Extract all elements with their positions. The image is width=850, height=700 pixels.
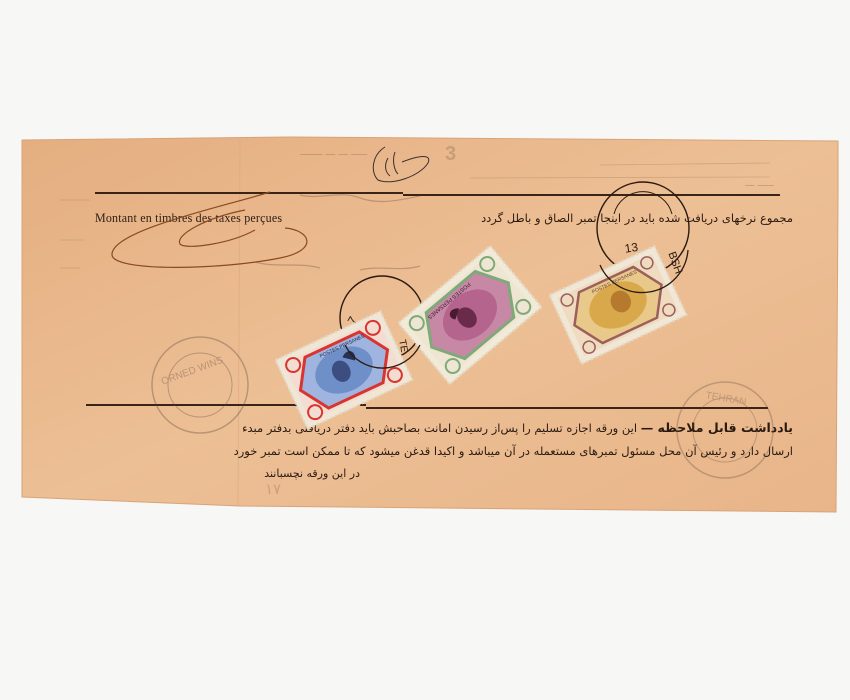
stamp-ochre-brown: POSTES PERSANES (549, 246, 686, 364)
svg-text:TEHRAN: TEHRAN (705, 390, 747, 408)
postal-receipt-document: ـــــ ـــ ـــ ـــــــ 3 ـــــ ـــ ١٧ Mon… (0, 0, 850, 700)
faint-postmark-left: ORNED WINS (152, 337, 248, 433)
svg-text:ORNED WINS: ORNED WINS (160, 355, 225, 388)
pencil-signature (373, 147, 429, 182)
brown-cancellation-loop (112, 192, 307, 267)
stamp-blue-red: POSTES PERSANES (275, 311, 412, 429)
faint-postmark-right: TEHRAN (677, 382, 773, 478)
stamps-and-marks-layer: ORNED WINS TEHRAN 13 (0, 0, 850, 700)
